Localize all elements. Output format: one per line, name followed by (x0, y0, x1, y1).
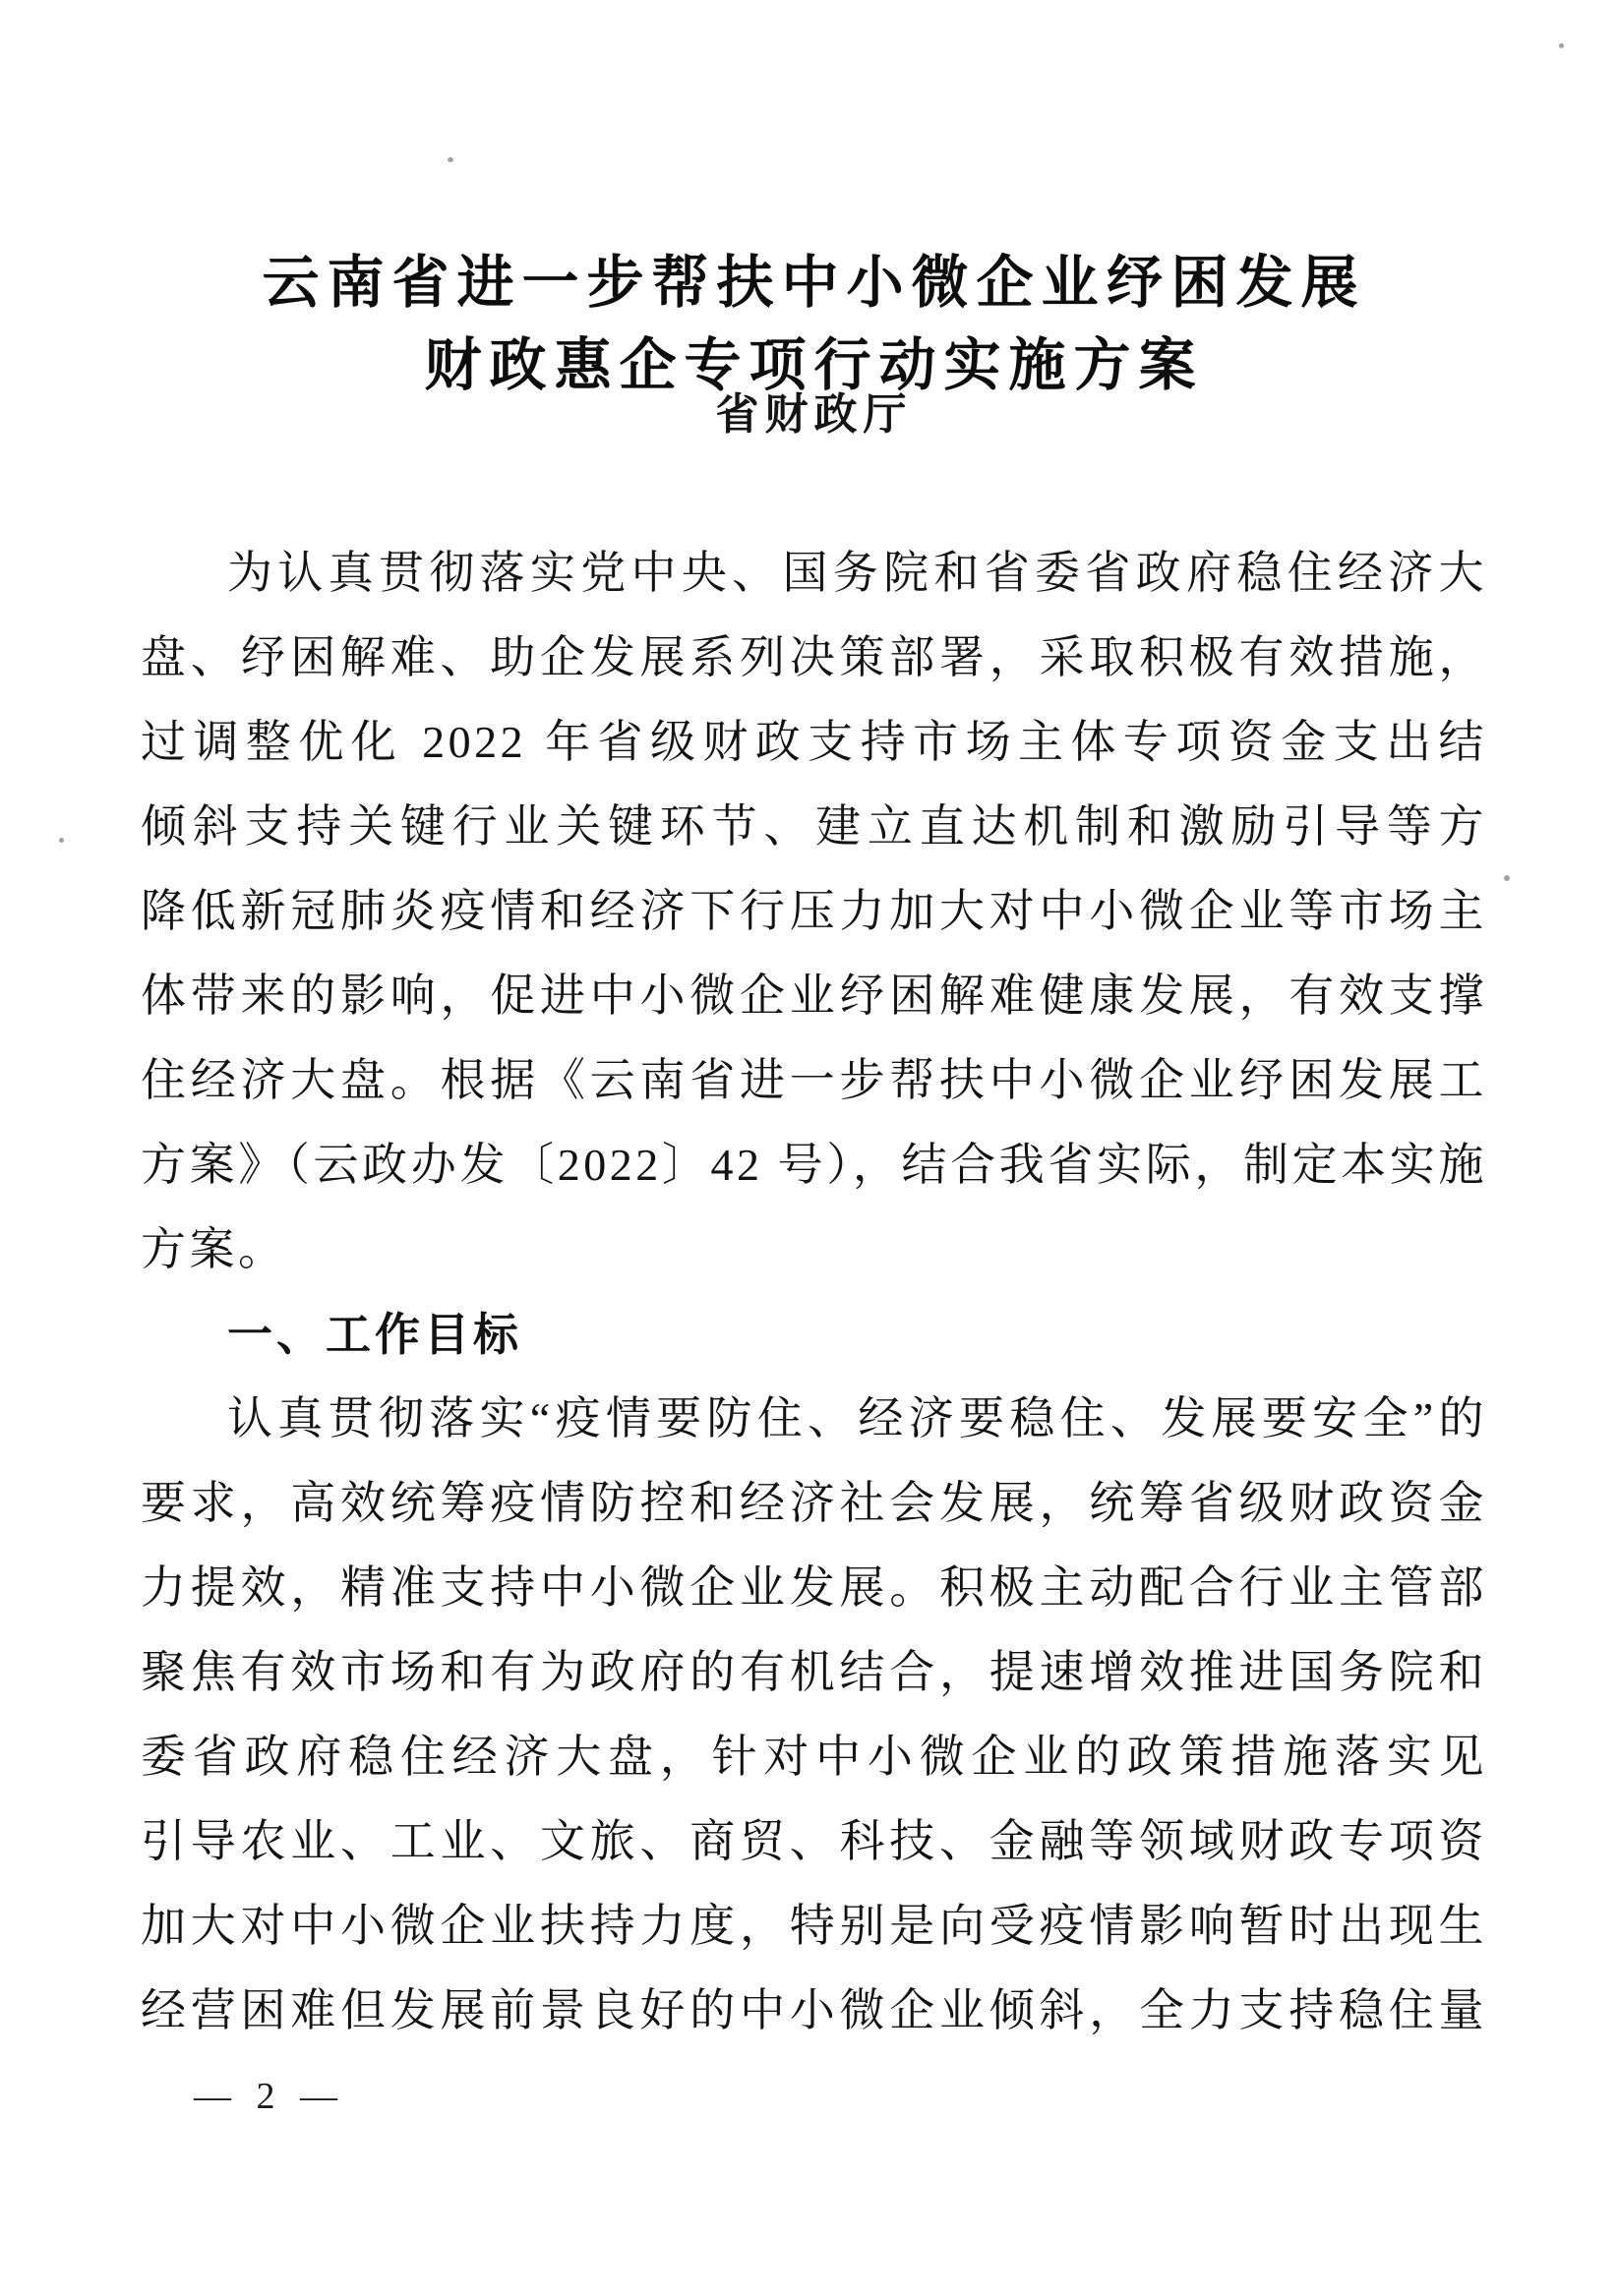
page-number: — 2 — (194, 2073, 345, 2120)
body-text-line: 盘、纾困解难、助企发展系列决策部署，采取积极有效措施，通 (141, 616, 1487, 700)
body-text-line: 加大对中小微企业扶持力度，特别是向受疫情影响暂时出现生产 (141, 1884, 1487, 1969)
body-text-line: 委省政府稳住经济大盘，针对中小微企业的政策措施落实见效， (141, 1715, 1487, 1799)
body-text-line: 方案。 (141, 1207, 1487, 1292)
body-text-line: 认真贯彻落实“疫情要防住、经济要稳住、发展要安全”的 (141, 1377, 1487, 1461)
body-text-line: 过调整优化 2022 年省级财政支持市场主体专项资金支出结构、 (141, 700, 1487, 785)
scan-speck (59, 838, 64, 843)
body-text-line: 体带来的影响，促进中小微企业纾困解难健康发展，有效支撑稳 (141, 954, 1487, 1038)
scan-speck (448, 157, 453, 162)
document-title: 云南省进一步帮扶中小微企业纾困发展 财政惠企专项行动实施方案 (141, 242, 1487, 407)
body-text-line: 力提效，精准支持中小微企业发展。积极主动配合行业主管部门， (141, 1546, 1487, 1630)
body-text-line: 聚焦有效市场和有为政府的有机结合，提速增效推进国务院和省 (141, 1630, 1487, 1715)
document-body: 为认真贯彻落实党中央、国务院和省委省政府稳住经济大盘、纾困解难、助企发展系列决策… (141, 531, 1487, 2053)
body-text-line: 要求，高效统筹疫情防控和经济社会发展，统筹省级财政资金加 (141, 1461, 1487, 1546)
body-text-line: 引导农业、工业、文旅、商贸、科技、金融等领域财政专项资金， (141, 1799, 1487, 1884)
title-line-1: 云南省进一步帮扶中小微企业纾困发展 (141, 242, 1487, 324)
body-text-line: 方案》（云政办发〔2022〕42 号），结合我省实际，制定本实施 (141, 1123, 1487, 1207)
body-text-line: 为认真贯彻落实党中央、国务院和省委省政府稳住经济大 (141, 531, 1487, 616)
scan-speck (1559, 43, 1564, 48)
scan-speck (1504, 875, 1510, 881)
body-text-line: 住经济大盘。根据《云南省进一步帮扶中小微企业纾困发展工作 (141, 1038, 1487, 1123)
document-author: 省财政厅 (141, 387, 1487, 442)
document-page: 云南省进一步帮扶中小微企业纾困发展 财政惠企专项行动实施方案 省财政厅 为认真贯… (0, 0, 1618, 2296)
body-text-line: 倾斜支持关键行业关键环节、建立直达机制和激励引导等方式， (141, 785, 1487, 869)
body-text-line: 经营困难但发展前景良好的中小微企业倾斜，全力支持稳住量大 (141, 1969, 1487, 2053)
body-text-line: 降低新冠肺炎疫情和经济下行压力加大对中小微企业等市场主 (141, 869, 1487, 954)
section-heading: 一、工作目标 (141, 1292, 1487, 1377)
